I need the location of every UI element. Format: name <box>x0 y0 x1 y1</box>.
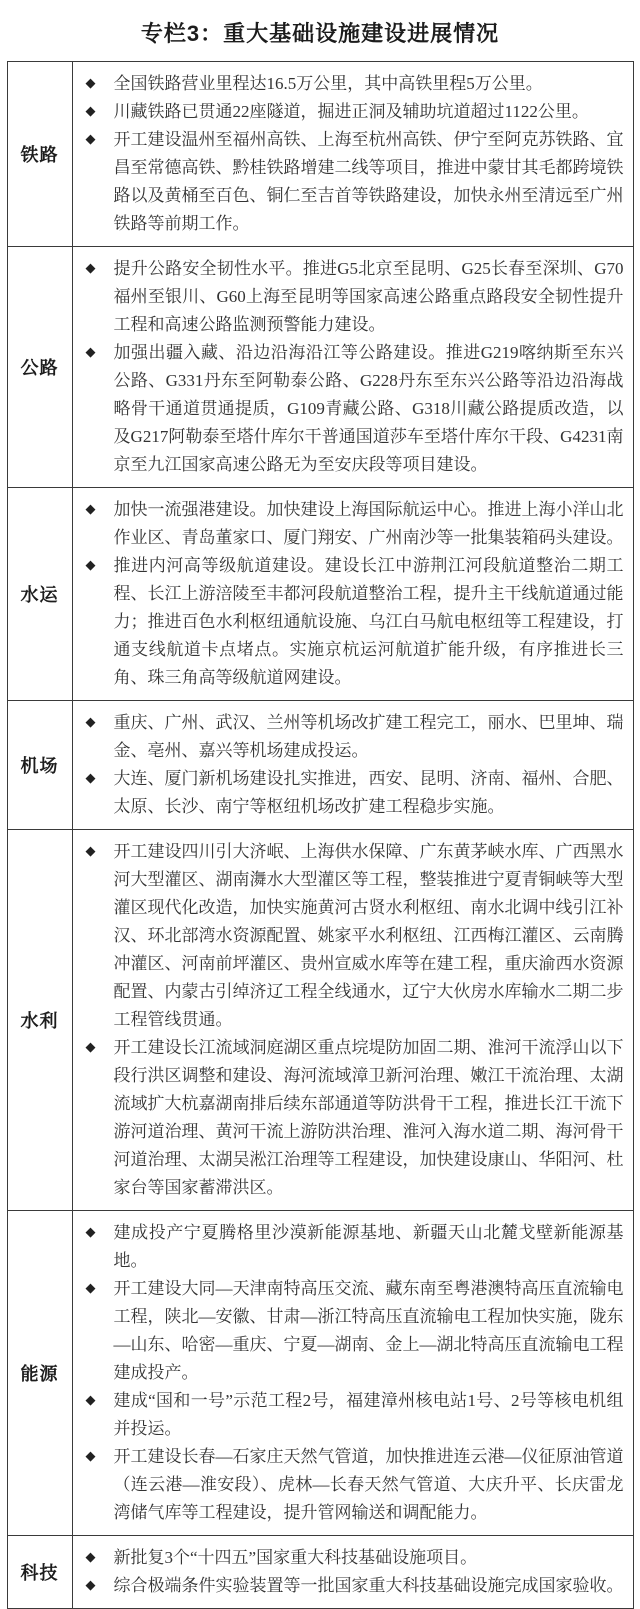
diamond-bullet-icon: ◆ <box>86 70 96 98</box>
bullet-text: 提升公路安全韧性水平。推进G5北京至昆明、G25长春至深圳、G70福州至银川、G… <box>114 259 624 334</box>
diamond-bullet-icon: ◆ <box>86 1572 96 1600</box>
bullet-text: 建成“国和一号”示范工程2号，福建漳州核电站1号、2号等核电机组并投运。 <box>114 1391 624 1438</box>
category-label: 水运 <box>7 488 72 701</box>
category-content-cell: ◆加快一流强港建设。加快建设上海国际航运中心。推进上海小洋山北作业区、青岛董家口… <box>72 488 633 701</box>
table-row: 科技◆新批复3个“十四五”国家重大科技基础设施项目。◆综合极端条件实验装置等一批… <box>7 1536 633 1609</box>
bullet-item: ◆提升公路安全韧性水平。推进G5北京至昆明、G25长春至深圳、G70福州至银川、… <box>84 255 624 339</box>
bullet-text: 川藏铁路已贯通22座隧道，掘进正洞及辅助坑道超过1122公里。 <box>114 102 589 121</box>
diamond-bullet-icon: ◆ <box>86 339 96 367</box>
table-row: 水运◆加快一流强港建设。加快建设上海国际航运中心。推进上海小洋山北作业区、青岛董… <box>7 488 633 701</box>
bullet-text: 加强出疆入藏、沿边沿海沿江等公路建设。推进G219喀纳斯至东兴公路、G331丹东… <box>114 343 624 474</box>
category-label: 能源 <box>7 1211 72 1536</box>
diamond-bullet-icon: ◆ <box>86 126 96 154</box>
category-label: 公路 <box>7 247 72 488</box>
diamond-bullet-icon: ◆ <box>86 98 96 126</box>
bullet-item: ◆开工建设大同—天津南特高压交流、藏东南至粤港澳特高压直流输电工程，陕北—安徽、… <box>84 1275 624 1387</box>
category-content-cell: ◆提升公路安全韧性水平。推进G5北京至昆明、G25长春至深圳、G70福州至银川、… <box>72 247 633 488</box>
bullet-item: ◆开工建设长江流域洞庭湖区重点垸堤防加固二期、淮河干流浮山以下段行洪区调整和建设… <box>84 1034 624 1202</box>
bullet-item: ◆新批复3个“十四五”国家重大科技基础设施项目。 <box>84 1544 624 1572</box>
table-row: 水利◆开工建设四川引大济岷、上海供水保障、广东黄茅峡水库、广西黑水河大型灌区、湖… <box>7 830 633 1211</box>
category-content-cell: ◆开工建设四川引大济岷、上海供水保障、广东黄茅峡水库、广西黑水河大型灌区、湖南㵲… <box>72 830 633 1211</box>
category-content-cell: ◆建成投产宁夏腾格里沙漠新能源基地、新疆天山北麓戈壁新能源基地。◆开工建设大同—… <box>72 1211 633 1536</box>
bullet-item: ◆全国铁路营业里程达16.5万公里，其中高铁里程5万公里。 <box>84 70 624 98</box>
bullet-item: ◆加强出疆入藏、沿边沿海沿江等公路建设。推进G219喀纳斯至东兴公路、G331丹… <box>84 339 624 479</box>
bullet-text: 推进内河高等级航道建设。建设长江中游荆江河段航道整治二期工程、长江上游涪陵至丰都… <box>114 556 624 687</box>
diamond-bullet-icon: ◆ <box>86 552 96 580</box>
bullet-text: 加快一流强港建设。加快建设上海国际航运中心。推进上海小洋山北作业区、青岛董家口、… <box>114 500 624 547</box>
diamond-bullet-icon: ◆ <box>86 255 96 283</box>
category-label: 水利 <box>7 830 72 1211</box>
bullet-item: ◆重庆、广州、武汉、兰州等机场改扩建工程完工，丽水、巴里坤、瑞金、亳州、嘉兴等机… <box>84 709 624 765</box>
table-row: 能源◆建成投产宁夏腾格里沙漠新能源基地、新疆天山北麓戈壁新能源基地。◆开工建设大… <box>7 1211 633 1536</box>
bullet-text: 开工建设大同—天津南特高压交流、藏东南至粤港澳特高压直流输电工程，陕北—安徽、甘… <box>114 1279 624 1382</box>
bullet-item: ◆开工建设长春—石家庄天然气管道，加快推进连云港—仪征原油管道（连云港—淮安段）… <box>84 1443 624 1527</box>
category-label: 科技 <box>7 1536 72 1609</box>
table-row: 公路◆提升公路安全韧性水平。推进G5北京至昆明、G25长春至深圳、G70福州至银… <box>7 247 633 488</box>
bullet-text: 开工建设长春—石家庄天然气管道，加快推进连云港—仪征原油管道（连云港—淮安段）、… <box>114 1447 624 1522</box>
category-content-cell: ◆重庆、广州、武汉、兰州等机场改扩建工程完工，丽水、巴里坤、瑞金、亳州、嘉兴等机… <box>72 701 633 830</box>
category-label: 铁路 <box>7 62 72 247</box>
bullet-text: 重庆、广州、武汉、兰州等机场改扩建工程完工，丽水、巴里坤、瑞金、亳州、嘉兴等机场… <box>114 713 624 760</box>
bullet-item: ◆建成投产宁夏腾格里沙漠新能源基地、新疆天山北麓戈壁新能源基地。 <box>84 1219 624 1275</box>
diamond-bullet-icon: ◆ <box>86 765 96 793</box>
diamond-bullet-icon: ◆ <box>86 1275 96 1303</box>
bullet-text: 建成投产宁夏腾格里沙漠新能源基地、新疆天山北麓戈壁新能源基地。 <box>114 1223 624 1270</box>
diamond-bullet-icon: ◆ <box>86 1387 96 1415</box>
bullet-item: ◆推进内河高等级航道建设。建设长江中游荆江河段航道整治二期工程、长江上游涪陵至丰… <box>84 552 624 692</box>
bullet-item: ◆开工建设四川引大济岷、上海供水保障、广东黄茅峡水库、广西黑水河大型灌区、湖南㵲… <box>84 838 624 1034</box>
bullet-item: ◆川藏铁路已贯通22座隧道，掘进正洞及辅助坑道超过1122公里。 <box>84 98 624 126</box>
diamond-bullet-icon: ◆ <box>86 1544 96 1572</box>
diamond-bullet-icon: ◆ <box>86 1219 96 1247</box>
category-content-cell: ◆新批复3个“十四五”国家重大科技基础设施项目。◆综合极端条件实验装置等一批国家… <box>72 1536 633 1609</box>
bullet-item: ◆建成“国和一号”示范工程2号，福建漳州核电站1号、2号等核电机组并投运。 <box>84 1387 624 1443</box>
category-label: 机场 <box>7 701 72 830</box>
table-row: 铁路◆全国铁路营业里程达16.5万公里，其中高铁里程5万公里。◆川藏铁路已贯通2… <box>7 62 633 247</box>
diamond-bullet-icon: ◆ <box>86 1443 96 1471</box>
bullet-text: 综合极端条件实验装置等一批国家重大科技基础设施完成国家验收。 <box>114 1576 624 1595</box>
table-body: 铁路◆全国铁路营业里程达16.5万公里，其中高铁里程5万公里。◆川藏铁路已贯通2… <box>7 62 633 1609</box>
diamond-bullet-icon: ◆ <box>86 1034 96 1062</box>
infrastructure-table: 铁路◆全国铁路营业里程达16.5万公里，其中高铁里程5万公里。◆川藏铁路已贯通2… <box>7 61 634 1609</box>
bullet-item: ◆加快一流强港建设。加快建设上海国际航运中心。推进上海小洋山北作业区、青岛董家口… <box>84 496 624 552</box>
bullet-text: 开工建设温州至福州高铁、上海至杭州高铁、伊宁至阿克苏铁路、宜昌至常德高铁、黔桂铁… <box>114 130 624 233</box>
category-content-cell: ◆全国铁路营业里程达16.5万公里，其中高铁里程5万公里。◆川藏铁路已贯通22座… <box>72 62 633 247</box>
bullet-item: ◆大连、厦门新机场建设扎实推进，西安、昆明、济南、福州、合肥、太原、长沙、南宁等… <box>84 765 624 821</box>
page-title: 专栏3：重大基础设施建设进展情况 <box>0 0 640 61</box>
diamond-bullet-icon: ◆ <box>86 838 96 866</box>
bullet-text: 新批复3个“十四五”国家重大科技基础设施项目。 <box>114 1548 478 1567</box>
diamond-bullet-icon: ◆ <box>86 496 96 524</box>
diamond-bullet-icon: ◆ <box>86 709 96 737</box>
bullet-text: 全国铁路营业里程达16.5万公里，其中高铁里程5万公里。 <box>114 74 543 93</box>
table-row: 机场◆重庆、广州、武汉、兰州等机场改扩建工程完工，丽水、巴里坤、瑞金、亳州、嘉兴… <box>7 701 633 830</box>
bullet-text: 开工建设四川引大济岷、上海供水保障、广东黄茅峡水库、广西黑水河大型灌区、湖南㵲水… <box>114 842 624 1029</box>
bullet-item: ◆综合极端条件实验装置等一批国家重大科技基础设施完成国家验收。 <box>84 1572 624 1600</box>
bullet-text: 大连、厦门新机场建设扎实推进，西安、昆明、济南、福州、合肥、太原、长沙、南宁等枢… <box>114 769 624 816</box>
document-page: 专栏3：重大基础设施建设进展情况 铁路◆全国铁路营业里程达16.5万公里，其中高… <box>0 0 640 1609</box>
bullet-text: 开工建设长江流域洞庭湖区重点垸堤防加固二期、淮河干流浮山以下段行洪区调整和建设、… <box>114 1038 624 1197</box>
bullet-item: ◆开工建设温州至福州高铁、上海至杭州高铁、伊宁至阿克苏铁路、宜昌至常德高铁、黔桂… <box>84 126 624 238</box>
